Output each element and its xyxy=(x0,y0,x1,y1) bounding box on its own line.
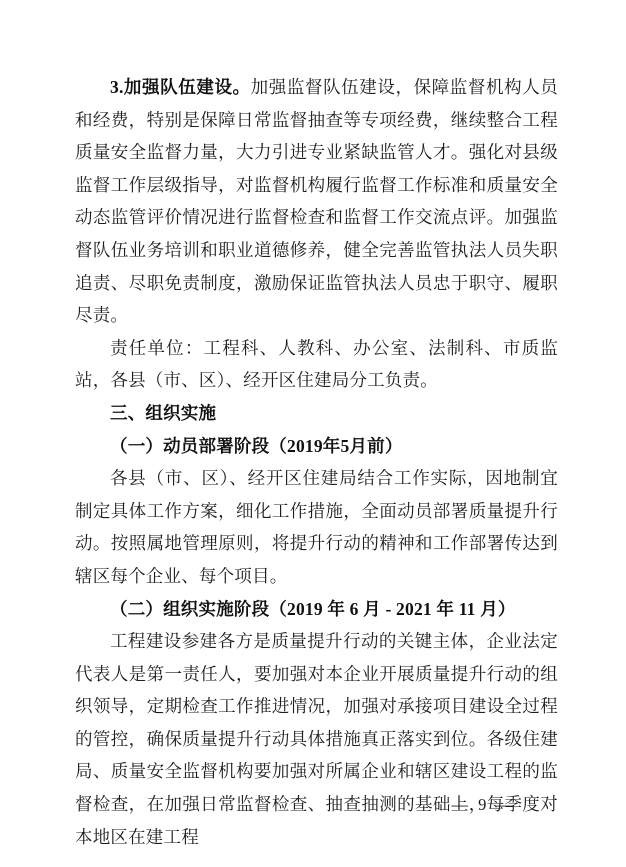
section-heading-organization-implementation: 三、组织实施 xyxy=(75,397,558,430)
stage1-heading-mobilization: （一）动员部署阶段（2019年5月前） xyxy=(75,430,558,463)
document-body: 3.加强队伍建设。加强监督队伍建设，保障监督机构人员和经费，特别是保障日常监督抽… xyxy=(75,71,558,853)
page-number: — 9 — xyxy=(452,795,517,815)
stage1-paragraph: 各县（市、区）、经开区住建局结合工作实际，因地制宜制定具体工作方案，细化工作措施… xyxy=(75,462,558,592)
stage2-paragraph: 工程建设参建各方是质量提升行动的关键主体，企业法定代表人是第一责任人，要加强对本… xyxy=(75,625,558,853)
paragraph-responsible-units: 责任单位：工程科、人教科、办公室、法制科、市质监站，各县（市、区）、经开区住建局… xyxy=(75,332,558,397)
paragraph-team-building-text: 加强监督队伍建设，保障监督机构人员和经费，特别是保障日常监督抽查等专项经费，继续… xyxy=(75,77,558,325)
paragraph-team-building-lead: 3.加强队伍建设。 xyxy=(110,77,251,97)
paragraph-team-building: 3.加强队伍建设。加强监督队伍建设，保障监督机构人员和经费，特别是保障日常监督抽… xyxy=(75,71,558,332)
stage2-heading-implementation: （二）组织实施阶段（2019 年 6 月 - 2021 年 11 月） xyxy=(75,593,558,626)
document-page: 3.加强队伍建设。加强监督队伍建设，保障监督机构人员和经费，特别是保障日常监督抽… xyxy=(0,0,626,867)
